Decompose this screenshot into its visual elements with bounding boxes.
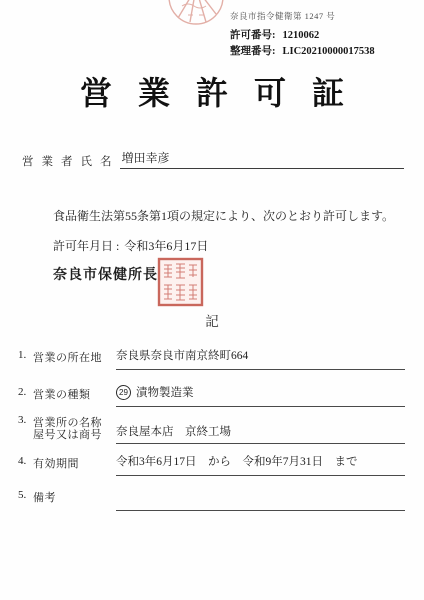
item-5-label: 備考 <box>33 489 56 505</box>
item-1-number: 1. <box>18 349 26 361</box>
permit-date-row: 許可年月日 :令和3年6月17日 <box>53 237 208 254</box>
permit-number-value: 1210062 <box>283 30 320 41</box>
permit-number-label: 許可番号: <box>230 30 276 41</box>
operator-name-value: 増田幸彦 <box>120 149 405 169</box>
issuer-title: 奈良市保健所長 <box>53 264 158 284</box>
item-5-value-field <box>116 488 405 511</box>
item-2-value: 漬物製造業 <box>136 384 194 400</box>
item-4-value: 令和3年6月17日 から 令和9年7月31日 まで <box>116 453 358 469</box>
item-3-value: 奈良屋本店 京終工場 <box>116 423 231 439</box>
director-seal-icon <box>157 257 204 307</box>
item-1-value: 奈良県奈良市南京終町664 <box>116 347 248 363</box>
doc-reference-number: 奈良市指令健衛第 1247 号 <box>230 10 335 22</box>
item-2-label: 営業の種類 <box>33 386 91 402</box>
item-4-value-field: 令和3年6月17日 から 令和9年7月31日 まで <box>116 453 405 476</box>
item-3-number: 3. <box>18 414 26 426</box>
reference-number-row: 整理番号:LIC20210000017538 <box>230 43 375 58</box>
reference-number-value: LIC20210000017538 <box>283 46 375 57</box>
item-3-value-field: 奈良屋本店 京終工場 <box>116 419 405 444</box>
category-number-badge: 29 <box>116 385 131 400</box>
document-page: 奈良市指令健衛第 1247 号 許可番号:1210062 整理番号:LIC202… <box>0 0 424 600</box>
reference-number-label: 整理番号: <box>230 46 276 57</box>
item-1-label: 営業の所在地 <box>33 349 102 365</box>
item-2-value-field: 29 漬物製造業 <box>116 384 405 407</box>
item-5-number: 5. <box>18 489 26 501</box>
statement-text: 食品衛生法第55条第1項の規定により、次のとおり許可します。 <box>53 207 394 224</box>
item-4-number: 4. <box>18 455 26 467</box>
permit-date-label: 許可年月日 : <box>53 239 119 253</box>
item-4-label: 有効期間 <box>33 455 79 471</box>
operator-name-label: 営業者氏名 <box>22 153 120 169</box>
operator-name-row: 営業者氏名 増田幸彦 <box>22 149 404 169</box>
certificate-title: 営業許可証 <box>0 68 424 114</box>
item-2-number: 2. <box>18 386 26 398</box>
reception-stamp-icon <box>166 0 226 28</box>
item-3-label-line2: 屋号又は商号 <box>33 426 102 442</box>
record-marker: 記 <box>0 310 424 330</box>
permit-date-value: 令和3年6月17日 <box>124 239 208 253</box>
item-1-value-field: 奈良県奈良市南京終町664 <box>116 347 405 370</box>
permit-number-row: 許可番号:1210062 <box>230 27 319 42</box>
